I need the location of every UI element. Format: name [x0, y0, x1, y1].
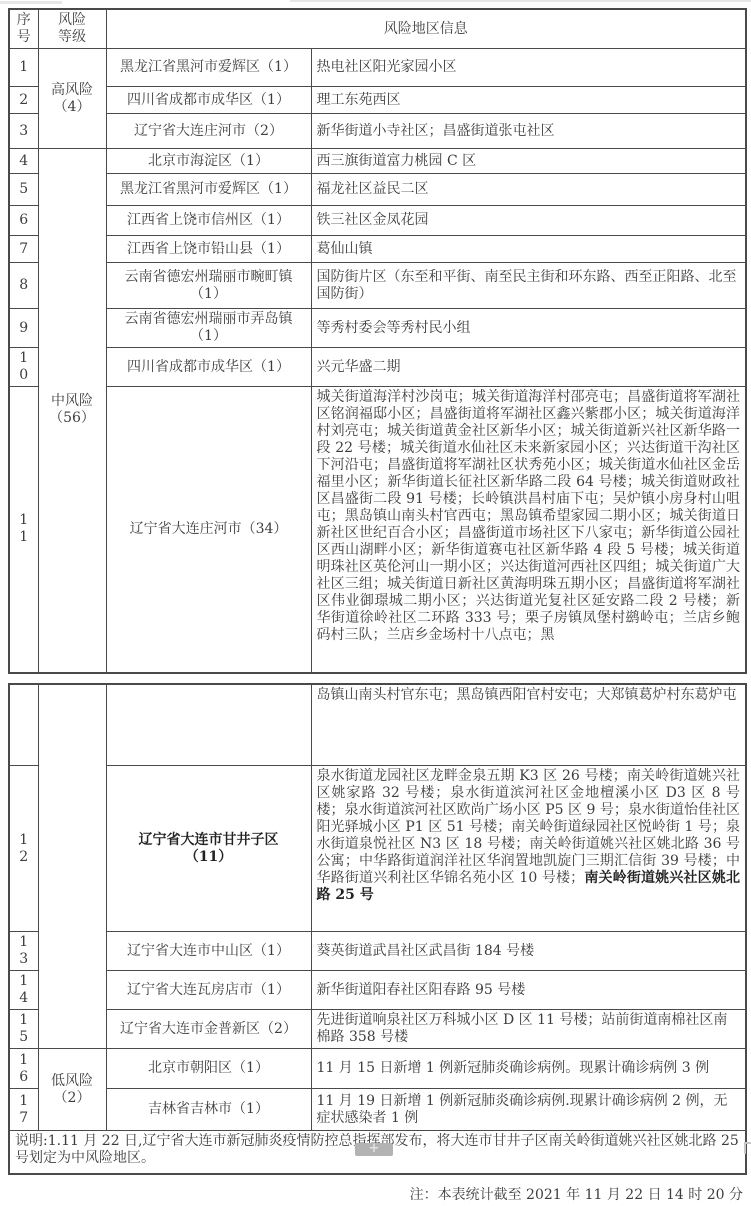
- region-cell: 北京市海淀区（1）: [106, 149, 311, 174]
- info-cell: 葛仙山镇: [311, 236, 746, 263]
- scan-artifact-top-left: [0, 1, 62, 4]
- row-number-cell: 4: [9, 149, 38, 174]
- edge-corner-artifact: [744, 1142, 751, 1154]
- risk-level-label: 中风险: [44, 393, 101, 410]
- region-cell: 黑龙江省黑河市爱辉区（1）: [106, 174, 311, 206]
- risk-level-cell-low: 低风险 （2）: [38, 1049, 106, 1131]
- row-number-cell: 8: [9, 263, 38, 309]
- table-row: 4 中风险 （56） 北京市海淀区（1） 西三旗街道富力桃园 C 区: [9, 149, 746, 174]
- info-cell: 等秀村委会等秀村民小组: [311, 309, 746, 348]
- row-number-cell: 6: [9, 206, 38, 236]
- scan-artifact-top-right: [290, 0, 751, 2]
- row-number-cell: 14: [9, 971, 38, 1010]
- region-cell: 黑龙江省黑河市爱辉区（1）: [106, 49, 311, 87]
- table-row: 10 四川省成都市成华区（1） 兴元华盛二期: [9, 348, 746, 387]
- footer-note: 注：本表统计截至 2021 年 11 月 22 日 14 时 20 分: [8, 1184, 745, 1204]
- region-cell: 辽宁省大连市金普新区（2）: [106, 1010, 311, 1049]
- info-cell: 新华街道阳春社区阳春路 95 号楼: [311, 971, 746, 1010]
- region-cell: 四川省成都市成华区（1）: [106, 87, 311, 114]
- table-row: 13 辽宁省大连市中山区（1） 葵英街道武昌社区武昌街 184 号楼: [9, 932, 746, 971]
- row-number-cell: 12: [9, 766, 38, 932]
- info-cell: 铁三社区金凤花园: [311, 206, 746, 236]
- row-number-cell: 17: [9, 1089, 38, 1131]
- row-number-cell: 7: [9, 236, 38, 263]
- plus-handle[interactable]: +: [355, 1143, 393, 1156]
- region-cell: 江西省上饶市铅山县（1）: [106, 236, 311, 263]
- table-row: 5 黑龙江省黑河市爱辉区（1） 福龙社区益民二区: [9, 174, 746, 206]
- region-cell: 辽宁省大连市甘井子区（11）: [106, 766, 311, 932]
- row-number-cell: 11: [9, 387, 38, 673]
- table-row: 16 低风险 （2） 北京市朝阳区（1） 11 月 15 日新增 1 例新冠肺炎…: [9, 1049, 746, 1089]
- table-row: 2 四川省成都市成华区（1） 理工东苑西区: [9, 87, 746, 114]
- region-cell: 云南省德宏州瑞丽市弄岛镇（1）: [106, 309, 311, 348]
- table-row: 17 吉林省吉林市（1） 11 月 19 日新增 1 例新冠肺炎确诊病例.现累计…: [9, 1089, 746, 1131]
- info-cell: 福龙社区益民二区: [311, 174, 746, 206]
- risk-level-label: 低风险: [44, 1073, 101, 1090]
- row-number-cell: 16: [9, 1049, 38, 1089]
- risk-table-page1: 序号 风险等级 风险地区信息 1 高风险 （4） 黑龙江省黑河市爱辉区（1） 热…: [8, 8, 747, 674]
- risk-level-count: （56）: [44, 410, 101, 427]
- risk-area-document: 序号 风险等级 风险地区信息 1 高风险 （4） 黑龙江省黑河市爱辉区（1） 热…: [8, 8, 745, 1204]
- row-number-cell: 1: [9, 49, 38, 87]
- table-row: 12 辽宁省大连市甘井子区（11） 泉水街道龙园社区龙畔金泉五期 K3 区 26…: [9, 766, 746, 932]
- info-cell: 葵英街道武昌社区武昌街 184 号楼: [311, 932, 746, 971]
- region-cell: 四川省成都市成华区（1）: [106, 348, 311, 387]
- table-row: 3 辽宁省大连庄河市（2） 新华街道小寺社区；昌盛街道张屯社区: [9, 114, 746, 149]
- info-cell: 国防街片区（东至和平街、南至民主街和环东路、西至正阳路、北至国防街）: [311, 263, 746, 309]
- info-cell: 岛镇山南头村官东屯；黑岛镇西阳官村安屯；大郑镇葛炉村东葛炉屯: [311, 684, 746, 766]
- table-row: 6 江西省上饶市信州区（1） 铁三社区金凤花园: [9, 206, 746, 236]
- region-cell: 江西省上饶市信州区（1）: [106, 206, 311, 236]
- row-number-cell: 15: [9, 1010, 38, 1049]
- row-number-cell: 2: [9, 87, 38, 114]
- region-cell: 辽宁省大连瓦房店市（1）: [106, 971, 311, 1010]
- info-cell: 11 月 19 日新增 1 例新冠肺炎确诊病例.现累计确诊病例 2 例，无症状感…: [311, 1089, 746, 1131]
- header-row: 序号 风险等级 风险地区信息: [9, 9, 746, 49]
- info-cell: 11 月 15 日新增 1 例新冠肺炎确诊病例。现累计确诊病例 3 例: [311, 1049, 746, 1089]
- risk-level-label: 高风险: [44, 82, 101, 99]
- info-text: 泉水街道龙园社区龙畔金泉五期 K3 区 26 号楼；南关岭街道姚兴社区姚家路 3…: [317, 768, 741, 886]
- risk-level-cell-empty: [38, 684, 106, 1049]
- table-row-continuation: 岛镇山南头村官东屯；黑岛镇西阳官村安屯；大郑镇葛炉村东葛炉屯: [9, 684, 746, 766]
- region-cell: 北京市朝阳区（1）: [106, 1049, 311, 1089]
- region-cell: 辽宁省大连市中山区（1）: [106, 932, 311, 971]
- row-number-cell: 10: [9, 348, 38, 387]
- page-break-gap: [8, 674, 745, 683]
- info-cell: 理工东苑西区: [311, 87, 746, 114]
- table-row: 8 云南省德宏州瑞丽市畹町镇（1） 国防街片区（东至和平街、南至民主街和环东路、…: [9, 263, 746, 309]
- risk-level-cell-mid: 中风险 （56）: [38, 149, 106, 673]
- row-number-cell: 3: [9, 114, 38, 149]
- row-number-cell-empty: [9, 684, 38, 766]
- info-cell: 城关街道海洋村沙岗屯；城关街道海洋村邵亮屯；昌盛街道将军湖社区铭润福邸小区；昌盛…: [311, 387, 746, 673]
- table-row: 11 辽宁省大连庄河市（34） 城关街道海洋村沙岗屯；城关街道海洋村邵亮屯；昌盛…: [9, 387, 746, 673]
- region-cell-empty: [106, 684, 311, 766]
- region-cell: 吉林省吉林市（1）: [106, 1089, 311, 1131]
- row-number-cell: 9: [9, 309, 38, 348]
- info-cell: 新华街道小寺社区；昌盛街道张屯社区: [311, 114, 746, 149]
- table-row: 7 江西省上饶市铅山县（1） 葛仙山镇: [9, 236, 746, 263]
- info-cell: 热电社区阳光家园小区: [311, 49, 746, 87]
- table-row: 15 辽宁省大连市金普新区（2） 先进街道响泉社区万科城小区 D 区 11 号楼…: [9, 1010, 746, 1049]
- risk-level-count: （4）: [44, 99, 101, 116]
- risk-level-count: （2）: [44, 1090, 101, 1107]
- table-row: 14 辽宁省大连瓦房店市（1） 新华街道阳春社区阳春路 95 号楼: [9, 971, 746, 1010]
- info-cell: 兴元华盛二期: [311, 348, 746, 387]
- header-info: 风险地区信息: [106, 9, 746, 49]
- header-no: 序号: [9, 9, 38, 49]
- info-cell: 西三旗街道富力桃园 C 区: [311, 149, 746, 174]
- table-row: 1 高风险 （4） 黑龙江省黑河市爱辉区（1） 热电社区阳光家园小区: [9, 49, 746, 87]
- info-cell: 先进街道响泉社区万科城小区 D 区 11 号楼；站前街道南棉社区南棉路 358 …: [311, 1010, 746, 1049]
- row-number-cell: 5: [9, 174, 38, 206]
- table-row: 9 云南省德宏州瑞丽市弄岛镇（1） 等秀村委会等秀村民小组: [9, 309, 746, 348]
- region-cell: 辽宁省大连庄河市（34）: [106, 387, 311, 673]
- risk-level-cell-high: 高风险 （4）: [38, 49, 106, 149]
- info-cell: 泉水街道龙园社区龙畔金泉五期 K3 区 26 号楼；南关岭街道姚兴社区姚家路 3…: [311, 766, 746, 932]
- risk-table-page2: 岛镇山南头村官东屯；黑岛镇西阳官村安屯；大郑镇葛炉村东葛炉屯 12 辽宁省大连市…: [8, 683, 747, 1175]
- region-cell: 辽宁省大连庄河市（2）: [106, 114, 311, 149]
- region-cell: 云南省德宏州瑞丽市畹町镇（1）: [106, 263, 311, 309]
- row-number-cell: 13: [9, 932, 38, 971]
- header-level: 风险等级: [38, 9, 106, 49]
